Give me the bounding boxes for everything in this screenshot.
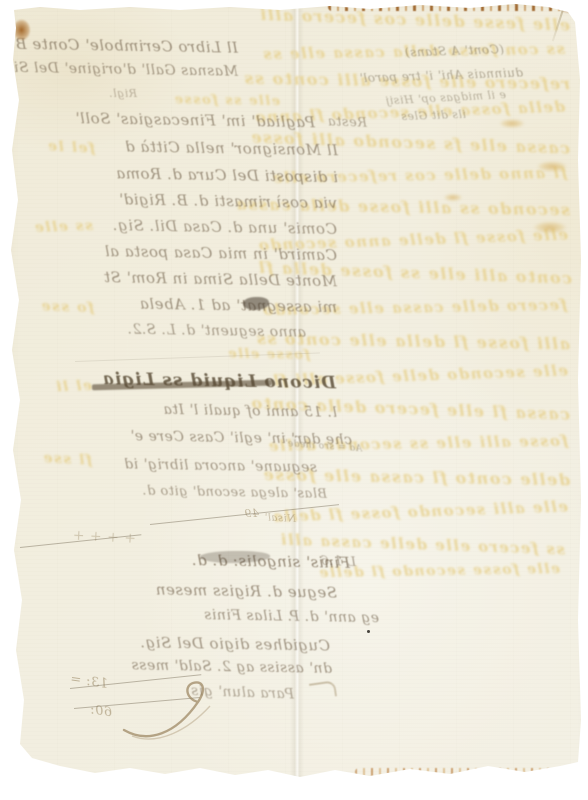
rust-stain-bottom-edge: [355, 768, 570, 776]
ghost-ink-line: elle fosse secondo fl delle: [330, 562, 560, 580]
bleed-ink-line: eg ann' d. P. Lilas Finis: [123, 607, 379, 627]
ghost-ink-line: elle alli secondo fosse fl della: [306, 499, 568, 523]
bleed-ink-line: Il Libro Cerimbole' Conte B: [42, 36, 238, 56]
bleed-ink-line: che dar' in' egli' Cass Cere e': [100, 429, 352, 449]
ghost-ink-line: elle fesse delle cos fecero alli: [305, 8, 570, 33]
bleed-ink-line: Para alun' gis: [148, 682, 294, 702]
bleed-ink-line: Comis' una d. Casa Dil. Sig.: [101, 217, 337, 238]
bleed-ink-line: seguane' ancora librig' id: [110, 457, 317, 476]
ghost-ink-line: fl sse: [26, 450, 93, 467]
corner-stain-top-right: [554, 0, 586, 16]
bleed-ink-line: Cugidhes digio Del Sig.: [138, 634, 330, 654]
pencil-line: [70, 674, 201, 689]
bleed-ink-line: l. 15 anni of quali l' Ita: [126, 402, 337, 421]
bleed-ink-line: L 1.6: [300, 554, 356, 570]
bleed-ink-line: Il Monsignor' nella Città d: [80, 138, 338, 159]
rust-stain-top-edge: [328, 2, 584, 11]
paraph-flourish: [118, 672, 218, 744]
bleed-ink-line: anno seguent' d. L. S.2.: [110, 322, 306, 341]
bleed-ink-line: Blas' alega second' gito d.: [116, 484, 327, 502]
bleed-ink-line: Nisal': [256, 512, 297, 525]
manuscript-scan: elle fesse delle cos fecero alliss con f…: [0, 0, 588, 800]
ghost-ink-line: fecero delle cassa elle secondo: [312, 298, 567, 317]
bleed-ink-line: Resta: [322, 115, 367, 131]
ghost-ink-line: ss con fesso della cassa elle ss: [315, 42, 565, 61]
pencil-line: [75, 352, 320, 362]
paper-sheet: elle fesse delle cos fecero alliss con f…: [0, 0, 588, 800]
paper-texture: [0, 0, 588, 800]
bleed-ink-line: Masnas Gall' d'origine' Del Sig.: [33, 61, 238, 80]
ghost-ink-line: cassa fl elle fecero della conto: [300, 397, 570, 422]
bleed-ink-line: 49: [237, 508, 259, 520]
bleed-ink-line: Dicono Liquid ss Ligia: [70, 370, 336, 393]
ghost-ink-line: elle secondo delle fosse alli fl: [306, 363, 568, 387]
ghost-ink-line: fl anno delle cos refecero elle: [312, 166, 567, 185]
ghost-ink-line: fo sse: [24, 299, 94, 315]
amber-smudge: [442, 193, 464, 202]
ink-blot: [243, 297, 269, 310]
ghost-ink-line: delle conto fl cassa elle fosse: [300, 468, 570, 489]
fold-crease: [290, 0, 304, 800]
ink-blot: [200, 551, 270, 563]
bleed-ink-line: Monte Della Sima in Rom' St: [81, 269, 337, 290]
ghost-ink-line: della fossa elle secondo fl anno: [310, 100, 565, 124]
amber-smudge: [534, 160, 570, 173]
bleed-ink-line: 13: =: [63, 672, 109, 692]
bleed-ink-line: + + + +: [26, 526, 137, 547]
ink-strike-bar: [92, 380, 272, 391]
bleed-ink-line: dn' assiss ag 2. Sald' mess: [111, 658, 332, 677]
ghost-ink-line: refecero elle fosse alli conto ss: [300, 72, 570, 93]
ghost-ink-line: alli fosse fl della elle conto ss: [300, 332, 570, 353]
amber-smudge: [530, 220, 570, 235]
bleed-ink-line: i disposti Del Cura d. Roma: [86, 165, 338, 186]
pencil-line: [74, 697, 200, 709]
bleed-ink-line: Segue d. Rigiss mesen: [141, 581, 337, 601]
ghost-ink-line: ss elle: [28, 219, 93, 235]
amber-smudge: [497, 118, 527, 129]
bleed-ink-line: via così rimasti d. B. Rigid': [95, 191, 337, 212]
bleed-ink-line: Pagliad' im' Finecasgias' Soll': [53, 110, 315, 131]
corner-stain-top-left: [9, 15, 34, 45]
ghost-ink-line: fel le: [25, 138, 96, 156]
bleed-ink-line: (Cont' A Stans): [396, 43, 504, 60]
pencil-line: [20, 534, 141, 548]
ghost-ink-line: cassa elle fs secondo alli fosse: [302, 131, 570, 156]
bleed-ink-line: 60:: [75, 702, 113, 721]
ghost-ink-line: elle fosse fl delle anno secondo: [308, 227, 568, 251]
ghost-ink-line: el li: [30, 379, 92, 395]
bleed-ink-line: Finis' singolis: d. d.: [138, 551, 350, 571]
bleed-ink-line: duinnais Ahi' i' tre parol': [381, 67, 523, 85]
ghost-ink-line: fosse elle: [200, 347, 310, 362]
bleed-ink-line: Rigl.: [92, 88, 137, 100]
bleed-ink-line: mi assegnat' ad 1. Abela: [95, 295, 337, 316]
ghost-ink-line: conto alli elle ss fosse della fl: [300, 261, 572, 286]
ghost-ink-line: secondo ss alli fosse della cassa: [300, 198, 570, 219]
bleedthrough-layer: elle fesse delle cos fecero alliss con f…: [0, 0, 588, 800]
pencil-line: [150, 504, 339, 525]
bleed-ink-line: Camird' in mia Casa posta al: [86, 243, 337, 264]
bleed-ink-line: e il midgas op' Hisij: [396, 89, 506, 107]
ghost-ink-line: fosse alli elle ss secondo delle: [308, 434, 568, 454]
ghost-ink-line: elle ss fosse: [150, 93, 280, 108]
seven-flourish: [309, 680, 337, 699]
ghost-ink-line: ss fecero elle delle cassa alli: [310, 534, 565, 558]
dirt-speck: [367, 630, 370, 633]
corner-crease: [552, 9, 564, 42]
bleed-ink-line: Ad = sro inede': [296, 441, 363, 455]
bleed-ink-line: ils dit Gles: [400, 109, 466, 123]
